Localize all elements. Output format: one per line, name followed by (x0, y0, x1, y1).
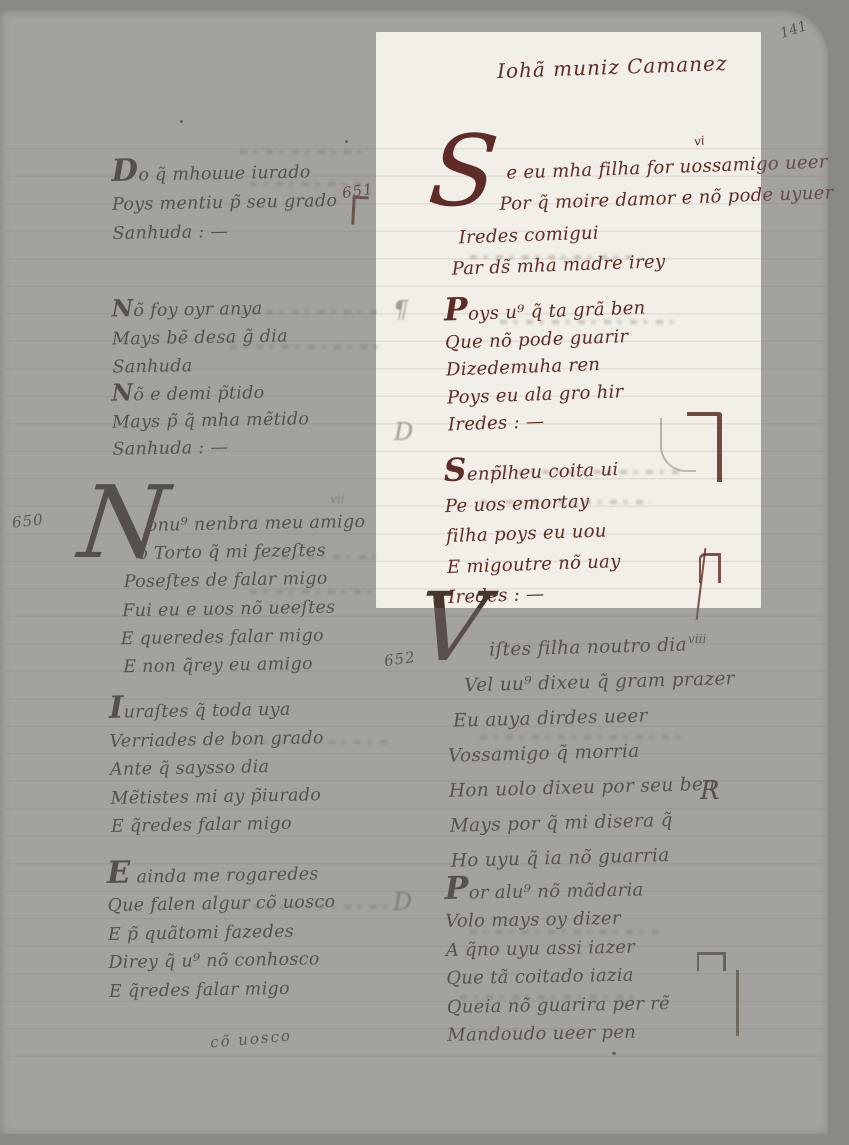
stanza: Nõ foy oyr anya Mays bẽ desa g̃ dia Sanh… (111, 291, 288, 381)
stanza: E ainda me rogaredes Que falen algur cõ … (107, 860, 337, 1006)
verse-line: Direy q̃ u⁹ nõ conhosco (108, 945, 336, 977)
verse-line: E ainda me rogaredes (107, 860, 335, 892)
margin-mark: vii (330, 492, 344, 506)
verse-line: Sanhuda : — (112, 216, 338, 249)
stanza: onu⁹ nenbra meu amigo o Torto q̃ mi feze… (137, 508, 368, 681)
verse-line: Iuraſtes q̃ toda uya (109, 695, 324, 727)
bleedthrough-mark: D (394, 418, 413, 446)
stanza: Por alu⁹ nõ mãdaria Volo mays oy dizer A… (445, 876, 671, 1050)
verse-line: Volo mays oy dizer (445, 904, 669, 936)
verse-line: E q̃redes falar migo (111, 809, 326, 841)
stanza-highlighted: Poys u⁹ q̃ ta grã ben Que nõ pode guarir… (444, 295, 650, 440)
column-number-650: 650 (11, 510, 44, 531)
verse-line: Sanhuda : — (112, 433, 310, 463)
manuscript-scan: 141 Iohã muniz Camanez Do q̃ mhouue iura… (0, 0, 849, 1145)
verse-line: Poys mentiu p̃ seu grado (112, 187, 338, 220)
margin-mark: vi (693, 133, 705, 148)
verse-line: Fui eu e uos nõ ueeſtes (122, 593, 367, 625)
paragraph-mark (351, 196, 368, 226)
verse-line: Poseſtes de falar migo (124, 564, 367, 596)
margin-stroke (736, 970, 739, 1036)
stanza: Nõ e demi p̃tido Mays p̃ q̃ mha mẽtido S… (111, 376, 310, 463)
verse-line: onu⁹ nenbra meu amigo (147, 508, 366, 540)
verse-line: Nõ e demi p̃tido (111, 376, 309, 409)
bracket-mark (697, 952, 726, 971)
verse-line: Queia nõ guarira per rẽ (447, 990, 671, 1022)
stanza-highlighted: e eu mha filha for uossamigo ueer Por q̃… (446, 146, 836, 285)
verse-line: Que falen algur cõ uosco (107, 888, 335, 920)
bleedthrough-mark: D (393, 888, 412, 916)
stanza: Do q̃ mhouue iurado Poys mentiu p̃ seu g… (111, 158, 338, 249)
verse-line: Que tã coitado iazia (446, 961, 670, 993)
verse-line: o Torto q̃ mi fezeſtes (137, 536, 366, 568)
verse-line: Por alu⁹ nõ mãdaria (445, 876, 669, 908)
verse-line: Senp̃lheu coita ui (443, 455, 619, 492)
verse-line: Mays p̃ q̃ mha mẽtido (112, 406, 310, 436)
bleedthrough-mark: ¶ (393, 296, 408, 324)
verse-line: Do q̃ mhouue iurado (111, 158, 337, 191)
margin-mark: viii (688, 632, 706, 646)
verse-line: Mẽtistes mi ay p̃iurado (110, 781, 325, 813)
verse-line: Nõ foy oyr anya (111, 291, 287, 325)
verse-line: E non q̃rey eu amigo (123, 649, 368, 681)
margin-mark: R (700, 776, 720, 806)
verse-line: Vel uu⁹ dixeu q̃ gram prazer (464, 661, 736, 703)
verse-line: E p̃ quãtomi fazedes (108, 917, 336, 949)
verse-line: E q̃redes falar migo (109, 974, 337, 1006)
stanza: Iuraſtes q̃ toda uya Verriades de bon gr… (109, 695, 326, 842)
verse-line: Mandoudo ueer pen (447, 1018, 671, 1050)
verse-line: Mays bẽ desa g̃ dia (112, 322, 288, 353)
verse-line: E queredes falar migo (121, 621, 368, 654)
verse-line: A q̃no uyu assi iazer (446, 933, 670, 965)
verse-line: Verriades de bon grado (109, 724, 324, 756)
verse-line: Ante q̃ saysso dia (110, 752, 325, 784)
stanza: iſtes filha noutro dia Vel uu⁹ dixeu q̃ … (445, 626, 740, 878)
